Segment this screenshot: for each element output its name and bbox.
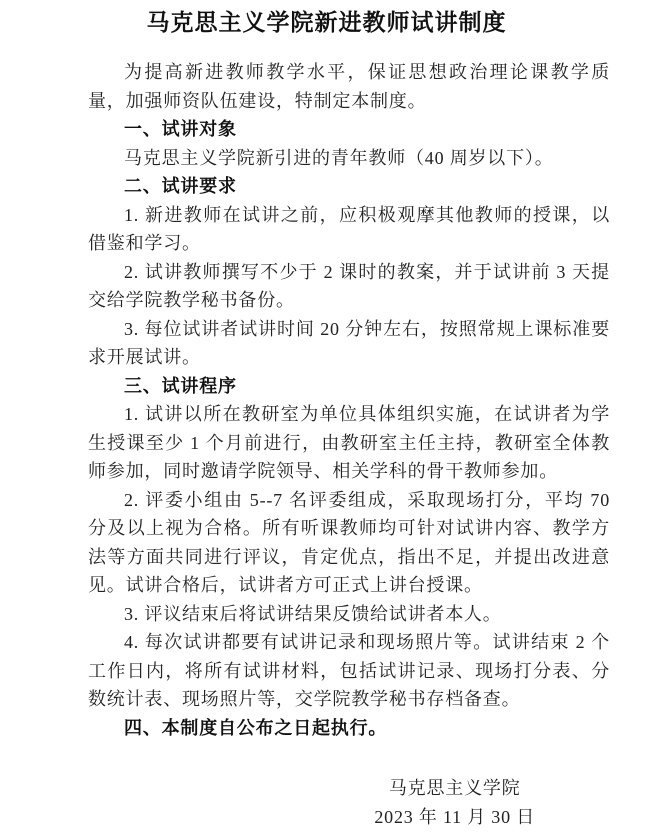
document-body: 为提高新进教师教学水平，保证思想政治理论课教学质量，加强师资队伍建设，特制定本制…: [0, 38, 653, 832]
signature-organization: 马克思主义学院: [374, 774, 535, 803]
signature-area: 马克思主义学院 2023 年 11 月 30 日: [88, 774, 610, 832]
section-2-heading: 二、试讲要求: [88, 172, 610, 201]
signature-block: 马克思主义学院 2023 年 11 月 30 日: [374, 774, 535, 832]
section-2-paragraph-1: 1. 新进教师在试讲之前，应积极观摩其他教师的授课，以借鉴和学习。: [88, 201, 610, 258]
section-1-paragraph: 马克思主义学院新引进的青年教师（40 周岁以下）。: [88, 144, 610, 173]
section-3-heading: 三、试讲程序: [88, 372, 610, 401]
signature-date: 2023 年 11 月 30 日: [374, 803, 535, 832]
section-2-paragraph-3: 3. 每位试讲者试讲时间 20 分钟左右，按照常规上课标准要求开展试讲。: [88, 315, 610, 372]
intro-paragraph: 为提高新进教师教学水平，保证思想政治理论课教学质量，加强师资队伍建设，特制定本制…: [88, 58, 610, 115]
document-page: 马克思主义学院新进教师试讲制度 为提高新进教师教学水平，保证思想政治理论课教学质…: [0, 0, 653, 840]
section-3-paragraph-2: 2. 评委小组由 5--7 名评委组成，采取现场打分，平均 70 分及以上视为合…: [88, 486, 610, 600]
section-2-paragraph-2: 2. 试讲教师撰写不少于 2 课时的教案，并于试讲前 3 天提交给学院教学秘书备…: [88, 258, 610, 315]
section-3-paragraph-1: 1. 试讲以所在教研室为单位具体组织实施，在试讲者为学生授课至少 1 个月前进行…: [88, 400, 610, 486]
section-3-paragraph-3: 3. 评议结束后将试讲结果反馈给试讲者本人。: [88, 600, 610, 629]
document-title: 马克思主义学院新进教师试讲制度: [0, 0, 653, 38]
section-1-heading: 一、试讲对象: [88, 115, 610, 144]
section-3-paragraph-4: 4. 每次试讲都要有试讲记录和现场照片等。试讲结束 2 个工作日内，将所有试讲材…: [88, 628, 610, 714]
section-4-heading: 四、本制度自公布之日起执行。: [88, 714, 610, 743]
